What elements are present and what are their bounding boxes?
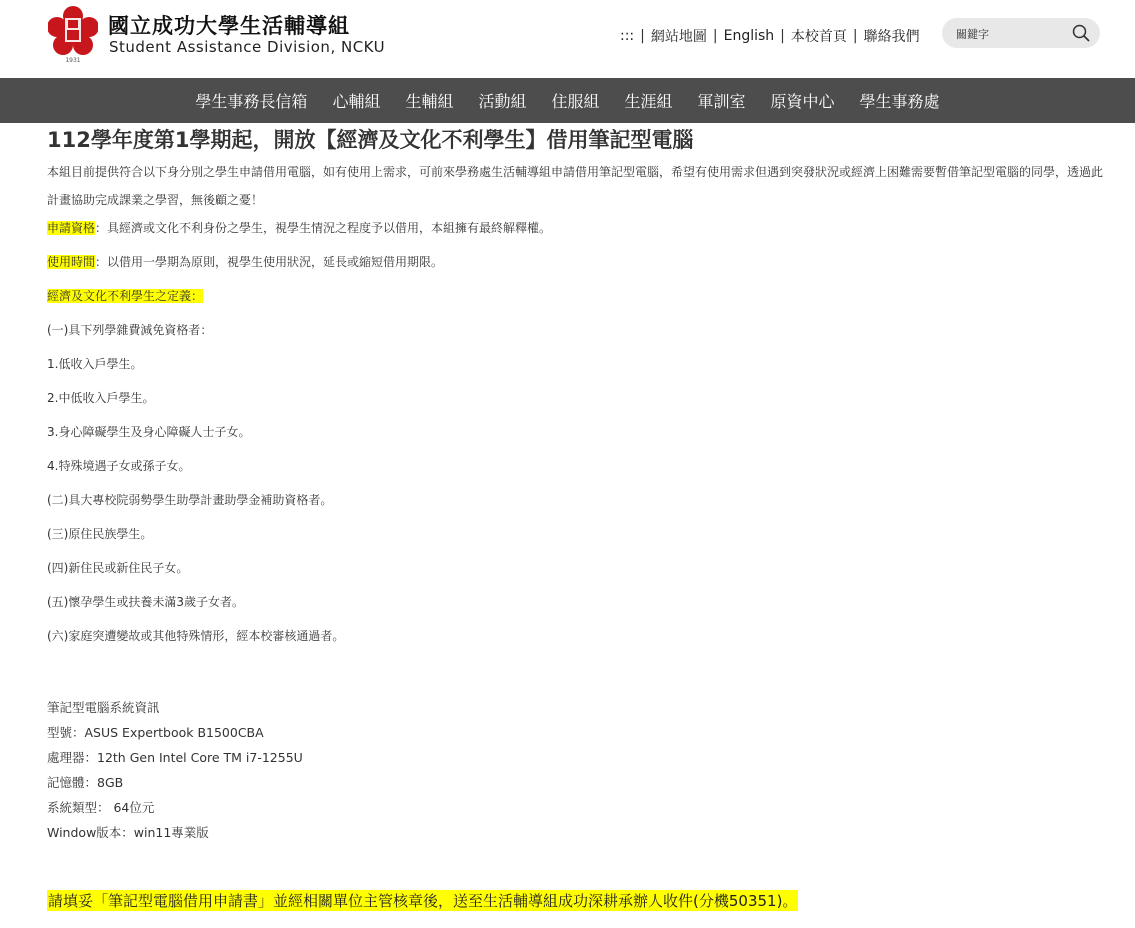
eligibility-paragraph: 申請資格：具經濟或文化不利身份之學生，視學生情況之程度予以借用，本組擁有最終解釋…	[47, 220, 551, 237]
definition-item: 3.身心障礙學生及身心障礙人士子女。	[47, 424, 250, 441]
plum-blossom-emblem-icon: 1931	[48, 6, 98, 64]
spec-model: 型號：ASUS Expertbook B1500CBA	[47, 723, 264, 741]
article: 112學年度第1學期起，開放【經濟及文化不利學生】借用筆記型電腦 本組目前提供符…	[47, 124, 1107, 214]
sitemap-link[interactable]: 網站地圖	[651, 26, 707, 46]
application-instructions: 請填妥「筆記型電腦借用申請書」並經相關單位主管核章後，送至生活輔導組成功深耕承辦…	[47, 890, 798, 911]
nav-item-activities[interactable]: 活動組	[466, 89, 539, 112]
nav-item-indigenous-center[interactable]: 原資中心	[758, 89, 847, 112]
nav-item-career[interactable]: 生涯組	[612, 89, 685, 112]
accesskey-link[interactable]: :::	[620, 28, 634, 44]
search-icon[interactable]	[1072, 24, 1090, 42]
definition-item: 4.特殊境遇子女或孫子女。	[47, 458, 190, 475]
separator: |	[713, 28, 718, 44]
period-text: ：以借用一學期為原則，視學生使用狀況，延長或縮短借用期限。	[95, 255, 443, 269]
definition-item: (五)懷孕學生或扶養未滿3歲子女者。	[47, 594, 244, 611]
nav-item-housing[interactable]: 住服組	[539, 89, 612, 112]
definition-item: (六)家庭突遭變故或其他特殊情形，經本校審核通過者。	[47, 628, 344, 645]
definition-item: (二)具大專校院弱勢學生助學計畫助學金補助資格者。	[47, 492, 332, 509]
school-home-link[interactable]: 本校首頁	[791, 26, 847, 46]
definition-item: (一)具下列學雜費減免資格者：	[47, 322, 212, 339]
site-subtitle: Student Assistance Division, NCKU	[109, 38, 385, 56]
spec-windows-version: Window版本：win11專業版	[47, 823, 209, 841]
article-intro: 本組目前提供符合以下身分別之學生申請借用電腦，如有使用上需求，可前來學務處生活輔…	[47, 158, 1107, 214]
separator: |	[640, 28, 645, 44]
definition-item: (四)新住民或新住民子女。	[47, 560, 188, 577]
definition-heading: 經濟及文化不利學生之定義：	[47, 288, 203, 305]
definition-item: 2.中低收入戶學生。	[47, 390, 154, 407]
main-nav: 學生事務長信箱 心輔組 生輔組 活動組 住服組 生涯組 軍訓室 原資中心 學生事…	[0, 78, 1135, 123]
spec-memory: 記憶體：8GB	[47, 773, 123, 791]
nav-item-military-training[interactable]: 軍訓室	[685, 89, 758, 112]
english-link[interactable]: English	[724, 28, 775, 44]
article-title: 112學年度第1學期起，開放【經濟及文化不利學生】借用筆記型電腦	[47, 124, 1107, 156]
contact-us-link[interactable]: 聯絡我們	[864, 26, 920, 46]
nav-item-dean-mailbox[interactable]: 學生事務長信箱	[183, 89, 320, 112]
spec-processor: 處理器：12th Gen Intel Core TM i7-1255U	[47, 748, 303, 766]
ncku-logo[interactable]: 1931	[48, 6, 98, 64]
definition-item: 1.低收入戶學生。	[47, 356, 142, 373]
nav-item-counseling[interactable]: 心輔組	[320, 89, 393, 112]
spec-system-type: 系統類型： 64位元	[47, 798, 154, 816]
nav-item-student-assistance[interactable]: 生輔組	[393, 89, 466, 112]
search-input[interactable]	[954, 24, 1068, 44]
nav-item-student-affairs[interactable]: 學生事務處	[847, 89, 952, 112]
search-box	[942, 18, 1100, 48]
period-label: 使用時間	[47, 255, 95, 269]
site-header: 1931 國立成功大學生活輔導組 Student Assistance Divi…	[0, 0, 1135, 78]
definition-item: (三)原住民族學生。	[47, 526, 152, 543]
eligibility-text: ：具經濟或文化不利身份之學生，視學生情況之程度予以借用，本組擁有最終解釋權。	[95, 221, 551, 235]
eligibility-label: 申請資格	[47, 221, 95, 235]
top-links: ::: | 網站地圖 | English | 本校首頁 | 聯絡我們	[620, 26, 920, 46]
site-title[interactable]: 國立成功大學生活輔導組	[108, 10, 350, 40]
svg-text:1931: 1931	[65, 57, 80, 64]
period-paragraph: 使用時間：以借用一學期為原則，視學生使用狀況，延長或縮短借用期限。	[47, 254, 443, 271]
separator: |	[853, 28, 858, 44]
separator: |	[780, 28, 785, 44]
spec-heading: 筆記型電腦系統資訊	[47, 698, 160, 716]
